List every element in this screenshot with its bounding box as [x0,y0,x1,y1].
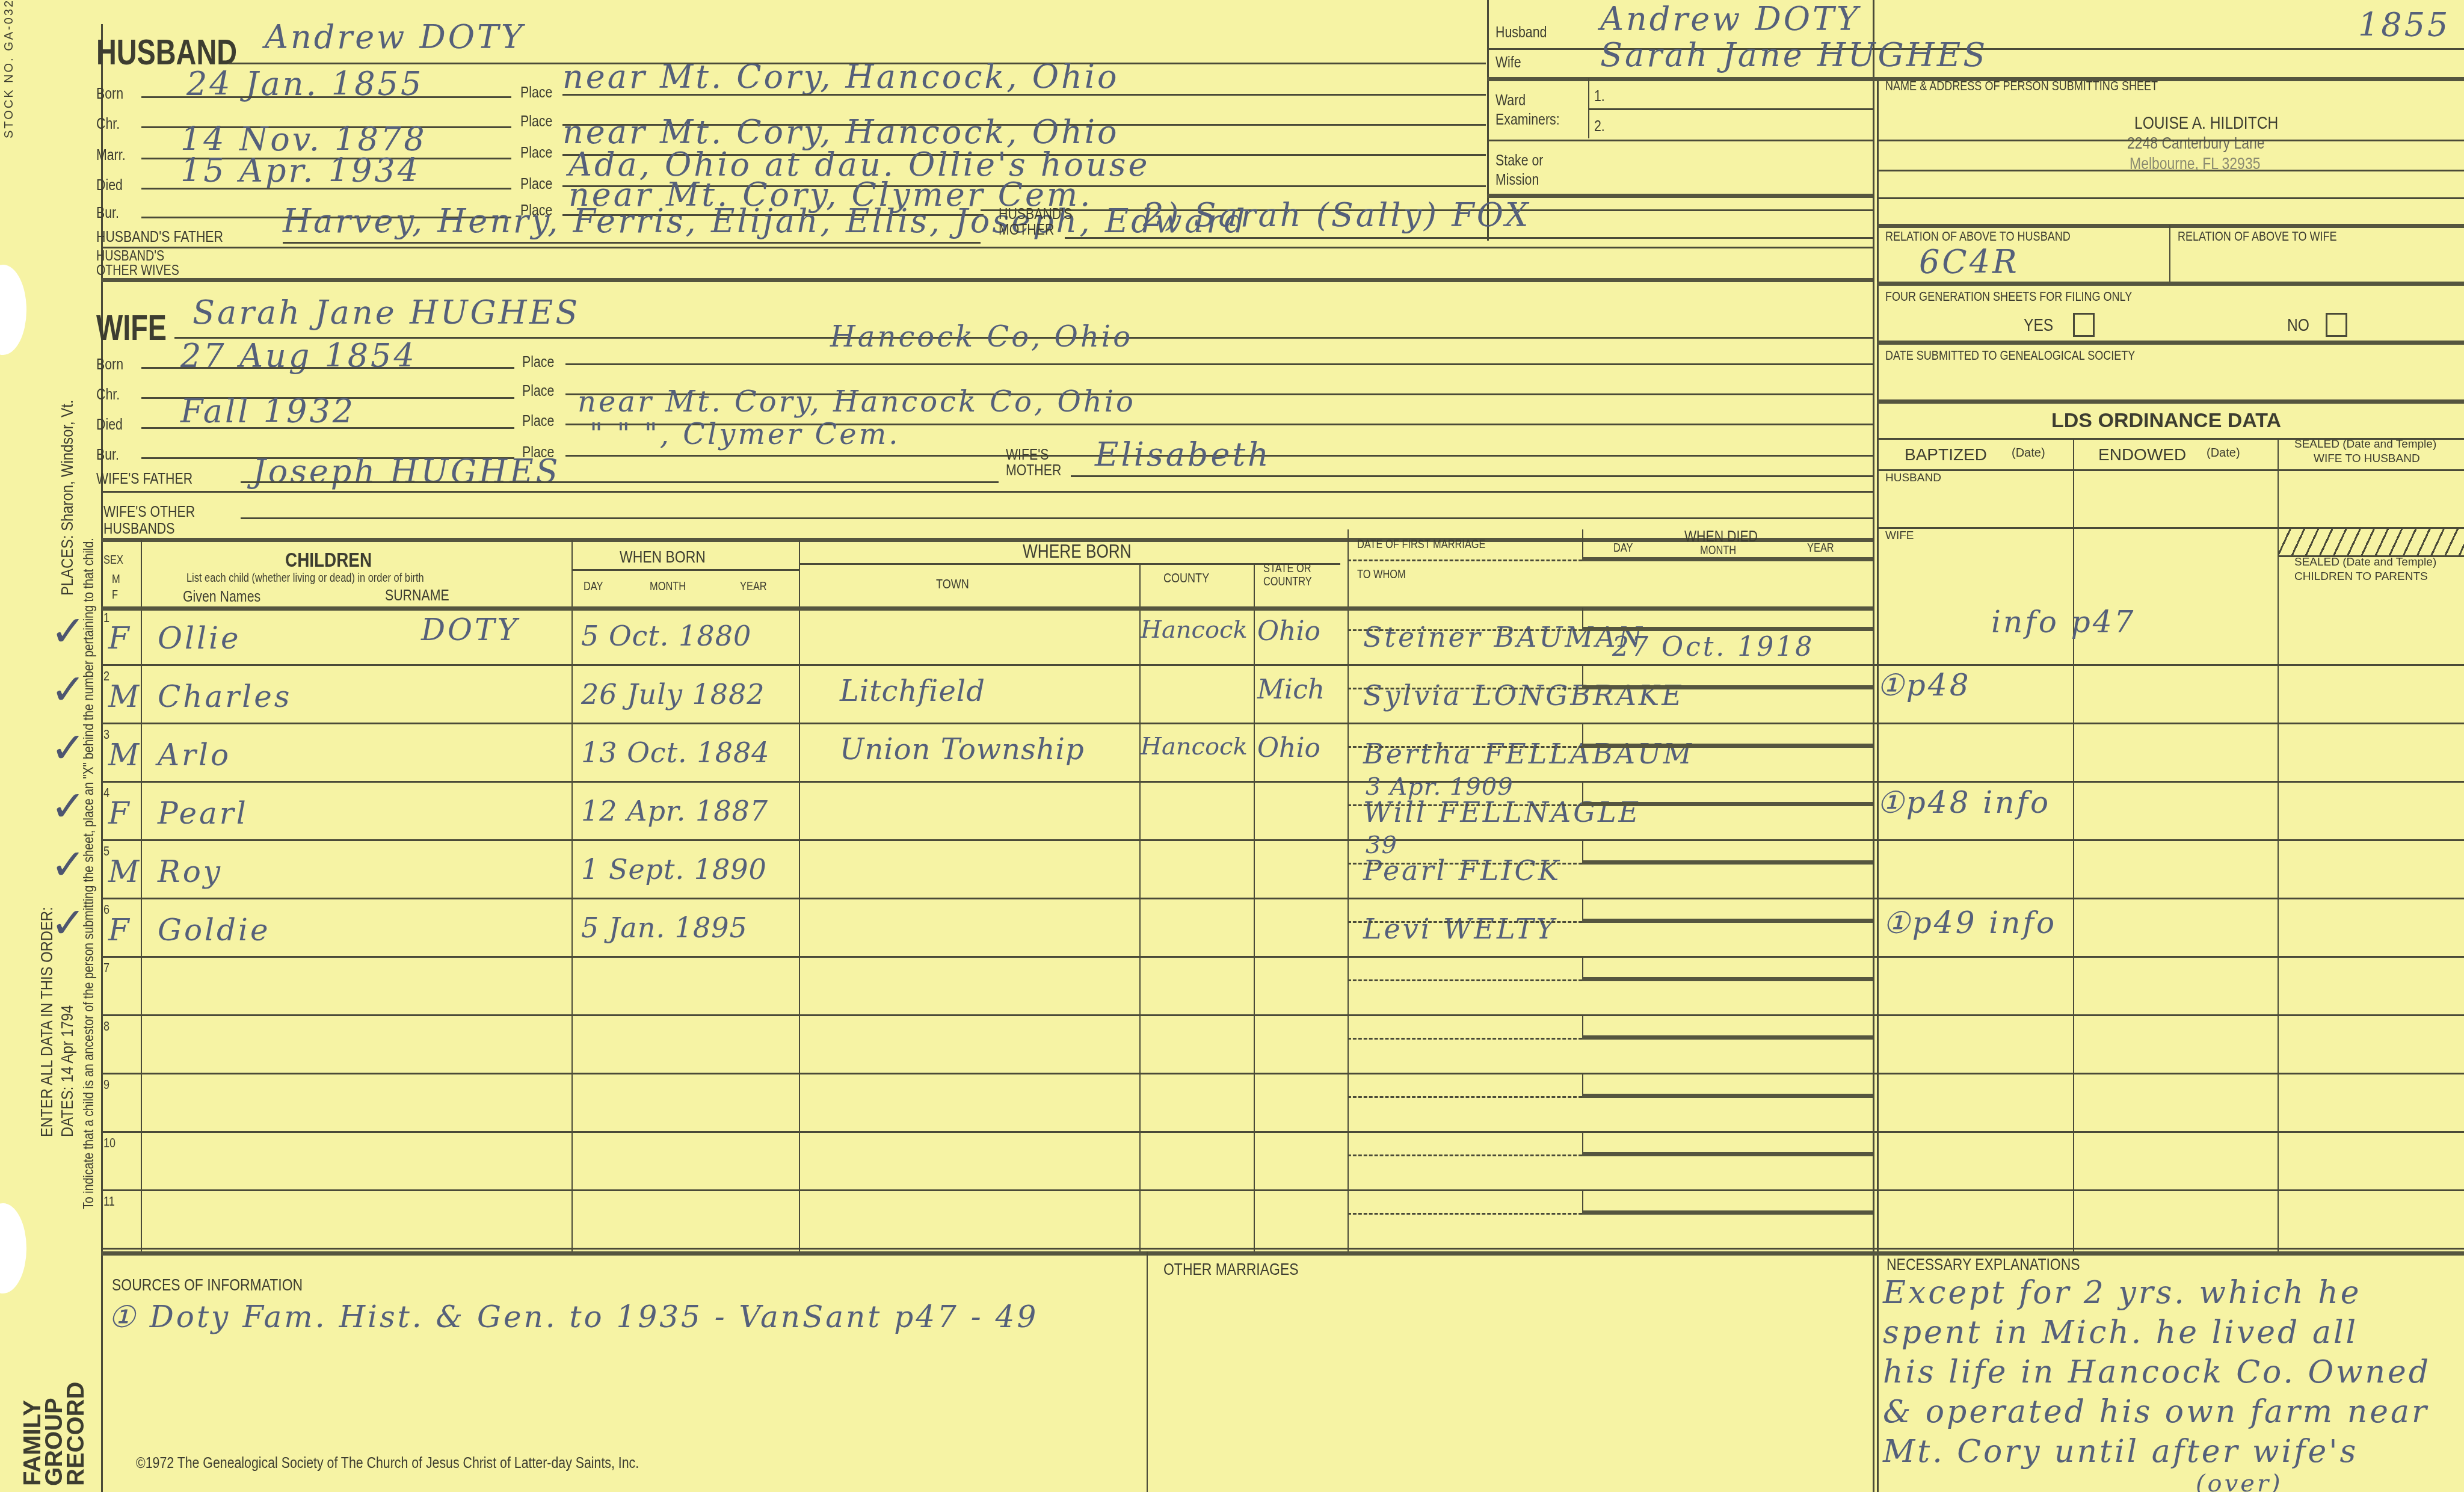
child-spouse-field[interactable]: Sylvia LONGBRAKE [1363,679,1684,712]
column-divider [1582,1074,1583,1096]
explanations-label: NECESSARY EXPLANATIONS [1886,1255,2080,1274]
label-line: Stake or [1495,150,1543,170]
field-line [1582,627,1873,631]
column-divider [1582,666,1583,688]
child-spouse-field[interactable]: Levi WELTY [1363,913,1557,945]
explanation-line: (over) [2196,1472,2464,1492]
field-line [1582,1152,1873,1156]
husband-bur-label: Bur. [96,203,119,222]
field-line [1582,1210,1873,1215]
field-line [1582,1094,1873,1098]
child-sex-field[interactable]: F [108,796,132,831]
wife-bur-label: Bur. [96,445,119,464]
child-number: 8 [103,1019,109,1034]
table-row: 8 [0,1016,1873,1074]
place-label: Place [520,112,552,131]
header-wife-label: Wife [1495,53,1521,72]
died-month-label: MONTH [1700,544,1736,558]
form-title-line: GROUP [43,1382,65,1486]
child-given-field[interactable]: Roy [158,854,223,889]
field-line [241,481,999,483]
lds-child-note[interactable]: ①p48 [1877,668,1971,703]
row-line [101,1248,2464,1250]
child-number: 9 [103,1077,109,1093]
husband-born-place-field[interactable]: near Mt. Cory, Hancock, Ohio [562,58,1119,96]
explanation-line: spent in Mich. he lived all [1883,1313,2431,1352]
place-label: Place [520,143,552,162]
divider [2073,438,2074,1251]
submitter-address1[interactable]: 2248 Canterbury Lane [2127,134,2264,153]
field-line [1582,802,1873,806]
submitter-label: NAME & ADDRESS OF PERSON SUBMITTING SHEE… [1885,78,2158,94]
relation-wife-label: RELATION OF ABOVE TO WIFE [2178,229,2337,244]
child-sex-field[interactable]: F [108,621,132,656]
field-line [1588,108,1873,110]
dashed-line [1347,1154,1582,1156]
stock-number: STOCK NO. GA-032 [2,0,16,138]
section-divider [1877,224,2464,228]
four-gen-label: FOUR GENERATION SHEETS FOR FILING ONLY [1885,289,2132,304]
wife-born-label: Born [96,355,123,374]
form-title-line: RECORD [65,1382,87,1486]
dashed-line [1347,559,1582,561]
husband-father-label: HUSBAND'S FATHER [96,227,223,246]
section-divider [1877,341,2464,345]
ancestor-check-icon: ✓ [51,606,86,656]
child-spouse-field[interactable]: Pearl FLICK [1363,854,1561,887]
dashed-line [1347,979,1582,981]
wife-other-husbands-label: WIFE'S OTHERHUSBANDS [103,503,195,537]
when-born-label: WHEN BORN [620,547,706,567]
field-line [565,363,1873,365]
lds-child-note[interactable]: ①p48 info [1877,785,2051,820]
wife-bur-place-field[interactable]: " " ", Clymer Cem. [590,418,901,451]
place-label: Place [520,83,552,102]
ancestor-check-icon: ✓ [51,781,86,831]
field-line [1877,140,2464,141]
husband-born-label: Born [96,84,123,103]
child-sex-field[interactable]: F [108,913,132,948]
child-spouse-field[interactable]: Steiner BAUMAN [1363,621,1645,653]
section-divider [101,247,1873,248]
date-hint: (Date) [2207,446,2240,460]
wife-died-label: Died [96,415,123,434]
dashed-line [1347,629,1582,631]
child-spouse-field[interactable]: Will FELLNAGLE [1363,796,1641,828]
surname-label: SURNAME [385,586,449,605]
field-line [1582,860,1873,865]
field-line [1582,977,1873,981]
year-label: YEAR [740,580,767,594]
label-line: MOTHER [1006,462,1061,478]
place-label: Place [520,174,552,193]
state-country-label: STATE OR COUNTRY [1263,562,1337,588]
copyright: ©1972 The Genealogical Society of The Ch… [136,1453,639,1472]
lds-wife-label: WIFE [1885,529,1914,543]
column-divider [1582,608,1583,629]
dashed-line [1347,1038,1582,1040]
ancestor-check-icon: ✓ [51,898,86,948]
wife-father-label: WIFE'S FATHER [96,469,192,488]
lds-title: LDS ORDINANCE DATA [2051,409,2281,433]
child-number: 10 [103,1135,115,1151]
field-line [562,94,1486,96]
when-died-label: WHEN DIED [1684,527,1758,546]
child-town-field[interactable]: Union Township [840,733,1085,766]
other-marriages-label: OTHER MARRIAGES [1163,1260,1299,1279]
lds-husband-label: HUSBAND [1885,472,1941,485]
husband-marr-label: Marr. [96,146,126,164]
wife-chr-label: Chr. [96,385,120,404]
county-label: COUNTY [1163,570,1209,586]
husband-mother-label: HUSBAND'SMOTHER [999,206,1073,237]
table-row: 3MArlo13 Oct. 1884Union TownshipHancockO… [0,724,1873,783]
label-line: Examiners: [1495,109,1560,129]
field-line [1582,557,1873,561]
wife-born-place-field[interactable]: Hancock Co, Ohio [830,320,1133,354]
place-label: Place [522,381,554,400]
child-died-field[interactable]: 27 Oct. 1918 [1612,632,1814,662]
header-wife-field[interactable]: Sarah Jane HUGHES [1600,36,1988,74]
column-divider [1582,958,1583,979]
husband-died-label: Died [96,176,123,194]
sealed-wife-husband-label-1: SEALED (Date and Temple) [2294,438,2436,451]
section-divider [1877,399,2464,404]
table-row: 5MRoy1 Sept. 189039Pearl FLICK [0,841,1873,899]
child-born-field[interactable]: 5 Jan. 1895 [581,911,748,944]
explanations-field[interactable]: Except for 2 yrs. which he spent in Mich… [1883,1273,2431,1492]
wife-mother-field[interactable]: Elisabeth [1095,436,1271,473]
field-line [1582,685,1873,689]
header-husband-label: Husband [1495,23,1547,42]
field-line [141,367,514,369]
field-line [283,242,981,244]
date-submitted-label: DATE SUBMITTED TO GENEALOGICAL SOCIETY [1885,348,2135,363]
sources-label: SOURCES OF INFORMATION [112,1275,303,1295]
child-county-field[interactable]: Hancock [1141,616,1248,644]
field-line [1582,1035,1873,1040]
column-divider [1582,529,1583,559]
field-line [141,188,511,190]
sex-f-label: F [112,588,118,602]
column-divider [1582,1016,1583,1038]
field-line [799,563,1340,565]
wife-heading: WIFE [96,307,167,348]
section-divider [1877,282,2464,286]
dashed-line [1347,804,1582,806]
explanation-line: & operated his own farm near [1883,1392,2431,1432]
table-row: 2MCharles26 July 1882LitchfieldMichSylvi… [0,666,1873,724]
label-line: HUSBANDS [103,520,195,537]
child-born-field[interactable]: 5 Oct. 1880 [581,620,751,652]
ancestor-check-icon: ✓ [51,723,86,772]
table-row: 7 [0,958,1873,1016]
instructions-places: PLACES: Sharon, Windsor, Vt. [58,400,77,596]
child-given-field[interactable]: Pearl [158,796,248,831]
husband-other-wives-label: HUSBAND'SOTHER WIVES [96,249,179,278]
children-title: CHILDREN [285,549,372,572]
table-row: 4FPearl12 Apr. 18873 Apr. 1909Will FELLN… [0,783,1873,841]
field-line [1877,170,2464,171]
yes-checkbox[interactable] [2073,313,2095,337]
right-panel-border [1873,0,1874,1492]
field-line [1582,919,1873,923]
submitter-name[interactable]: LOUISE A. HILDITCH [2134,113,2278,134]
sex-label: SEX [103,553,123,567]
header-husband-field[interactable]: Andrew DOTY [1600,0,1861,38]
ancestor-check-icon: ✓ [51,840,86,889]
field-line [1582,744,1873,748]
ancestor-check-icon: ✓ [51,665,86,714]
dashed-line [1347,1213,1582,1215]
wife-died-place-field[interactable]: near Mt. Cory, Hancock Co, Ohio [577,385,1136,419]
husband-mother-field[interactable]: 2) Sarah (Sally) FOX [1143,196,1531,234]
column-divider [1582,1191,1583,1213]
dashed-line [1347,746,1582,748]
child-state-field[interactable]: Ohio [1257,733,1320,763]
date-hint: (Date) [2012,446,2045,460]
sealed-wife-husband-label-2: WIFE TO HUSBAND [2314,452,2420,466]
label-line: Mission [1495,170,1543,189]
husband-chr-label: Chr. [96,114,120,133]
header-year-field[interactable]: 1855 [2358,6,2450,44]
town-label: TOWN [936,576,969,592]
relation-husband-field[interactable]: 6C4R [1919,243,2019,281]
stake-mission-label: Stake orMission [1495,150,1543,189]
child-surname-field[interactable]: DOTY [421,612,519,647]
child-born-field[interactable]: 13 Oct. 1884 [581,736,769,769]
sex-m-label: M [112,573,120,587]
explanation-line: his life in Hancock Co. Owned [1883,1352,2431,1392]
field-line [1065,237,1874,239]
section-divider [101,538,1873,542]
no-checkbox[interactable] [2326,313,2347,337]
child-sex-field[interactable]: M [108,738,141,772]
sealed-children-label-2: CHILDREN TO PARENTS [2294,570,2428,584]
examiner-1-field[interactable]: 1. [1594,87,1605,105]
given-names-label: Given Names [183,587,260,606]
field-line [1487,140,1873,141]
child-born-field[interactable]: 12 Apr. 1887 [581,795,768,827]
label-line: MOTHER [999,221,1073,237]
dashed-line [1347,863,1582,865]
label-line: WIFE'S OTHER [103,503,195,520]
wife-father-field[interactable]: Joseph HUGHES [253,452,561,490]
column-divider [1582,724,1583,746]
punch-hole [0,265,26,355]
child-spouse-field[interactable]: Bertha FELLABAUM [1363,738,1694,770]
died-day-label: DAY [1613,541,1633,555]
day-label: DAY [584,580,603,594]
dashed-line [1347,688,1582,689]
no-label: NO [2287,315,2309,336]
died-year-label: YEAR [1807,541,1834,555]
sources-field[interactable]: ① Doty Fam. Hist. & Gen. to 1935 - VanSa… [108,1299,1038,1334]
divider [2278,438,2279,1251]
child-state-field[interactable]: Ohio [1257,616,1320,647]
examiner-2-field[interactable]: 2. [1594,117,1605,135]
child-born-field[interactable]: 1 Sept. 1890 [581,853,767,886]
label-line: Ward [1495,90,1560,109]
relation-husband-label: RELATION OF ABOVE TO HUSBAND [1885,229,2071,244]
child-state-field[interactable]: Mich [1257,674,1325,705]
field-line [141,96,511,98]
field-line [141,427,514,429]
child-number: 11 [103,1194,115,1209]
label-line: HUSBAND'S [96,249,179,264]
child-given-field[interactable]: Charles [158,679,292,714]
month-label: MONTH [650,580,686,594]
hatched-area [2278,527,2464,557]
form-title-vertical: FAMILY GROUP RECORD [22,1382,87,1486]
children-subtitle: List each child (whether living or dead)… [186,572,424,585]
explanation-line: Except for 2 yrs. which he [1883,1273,2431,1313]
ward-examiners-label: WardExaminers: [1495,90,1560,129]
husband-name-field[interactable]: Andrew DOTY [265,18,525,56]
field-line [1071,475,1873,477]
column-divider [1582,841,1583,863]
table-row: 9 [0,1074,1873,1133]
label-line: WIFE'S [1006,446,1061,462]
baptized-label: BAPTIZED [1905,445,1987,464]
place-label: Place [522,353,554,371]
wife-died-field[interactable]: Fall 1932 [180,392,356,430]
child-given-field[interactable]: Ollie [158,621,241,656]
child-born-field[interactable]: 26 July 1882 [581,678,765,711]
to-whom-label: TO WHOM [1357,568,1406,582]
column-divider [1582,783,1583,804]
wife-name-field[interactable]: Sarah Jane HUGHES [192,294,580,331]
section-divider [101,1251,2464,1256]
place-label: Place [522,412,554,430]
table-row: 1FOllieDOTY5 Oct. 1880HancockOhioSteiner… [0,608,1873,666]
dashed-line [1347,1096,1582,1098]
label-line: OTHER WIVES [96,264,179,278]
child-town-field[interactable]: Litchfield [840,674,985,708]
divider [1147,1251,1148,1492]
first-marriage-label: DATE OF FIRST MARRIAGE [1357,538,1486,552]
field-line [241,517,1873,519]
husband-died-field[interactable]: 15 Apr. 1934 [180,152,420,190]
field-line [1487,194,1873,198]
sealed-children-label-1: SEALED (Date and Temple) [2294,556,2436,569]
field-line [1877,197,2464,199]
table-row: 11 [0,1191,1873,1250]
child-given-field[interactable]: Arlo [158,738,231,772]
child-number: 7 [103,960,109,976]
lds-child-note[interactable]: ①p49 info [1883,905,2057,940]
field-line [1877,469,2464,471]
child-sex-field[interactable]: M [108,854,141,889]
column-divider [1582,899,1583,921]
yes-label: YES [2024,315,2053,336]
divider [2169,225,2170,282]
label-line: HUSBAND'S [999,206,1073,221]
husband-father-field[interactable]: Harvey, Henry, Ferris, Elijah, Ellis, Jo… [283,202,1248,240]
where-born-label: WHERE BORN [1023,540,1132,563]
section-divider [101,491,1873,493]
explanation-line: Mt. Cory until after wife's [1883,1432,2431,1472]
wife-born-field[interactable]: 27 Aug 1854 [180,337,417,375]
table-row: 6FGoldie5 Jan. 1895Levi WELTY [0,899,1873,958]
child-county-field[interactable]: Hancock [1141,733,1248,760]
dashed-line [1347,921,1582,923]
table-row: 10 [0,1133,1873,1191]
child-given-field[interactable]: Goldie [158,913,271,948]
child-sex-field[interactable]: M [108,679,141,714]
lds-child-note[interactable]: info p47 [1991,605,2136,640]
wife-mother-label: WIFE'SMOTHER [1006,446,1061,478]
form-title-line: FAMILY [22,1382,43,1486]
field-line [571,569,800,571]
section-divider [101,278,1873,282]
endowed-label: ENDOWED [2098,445,2186,464]
column-divider [1582,1133,1583,1154]
